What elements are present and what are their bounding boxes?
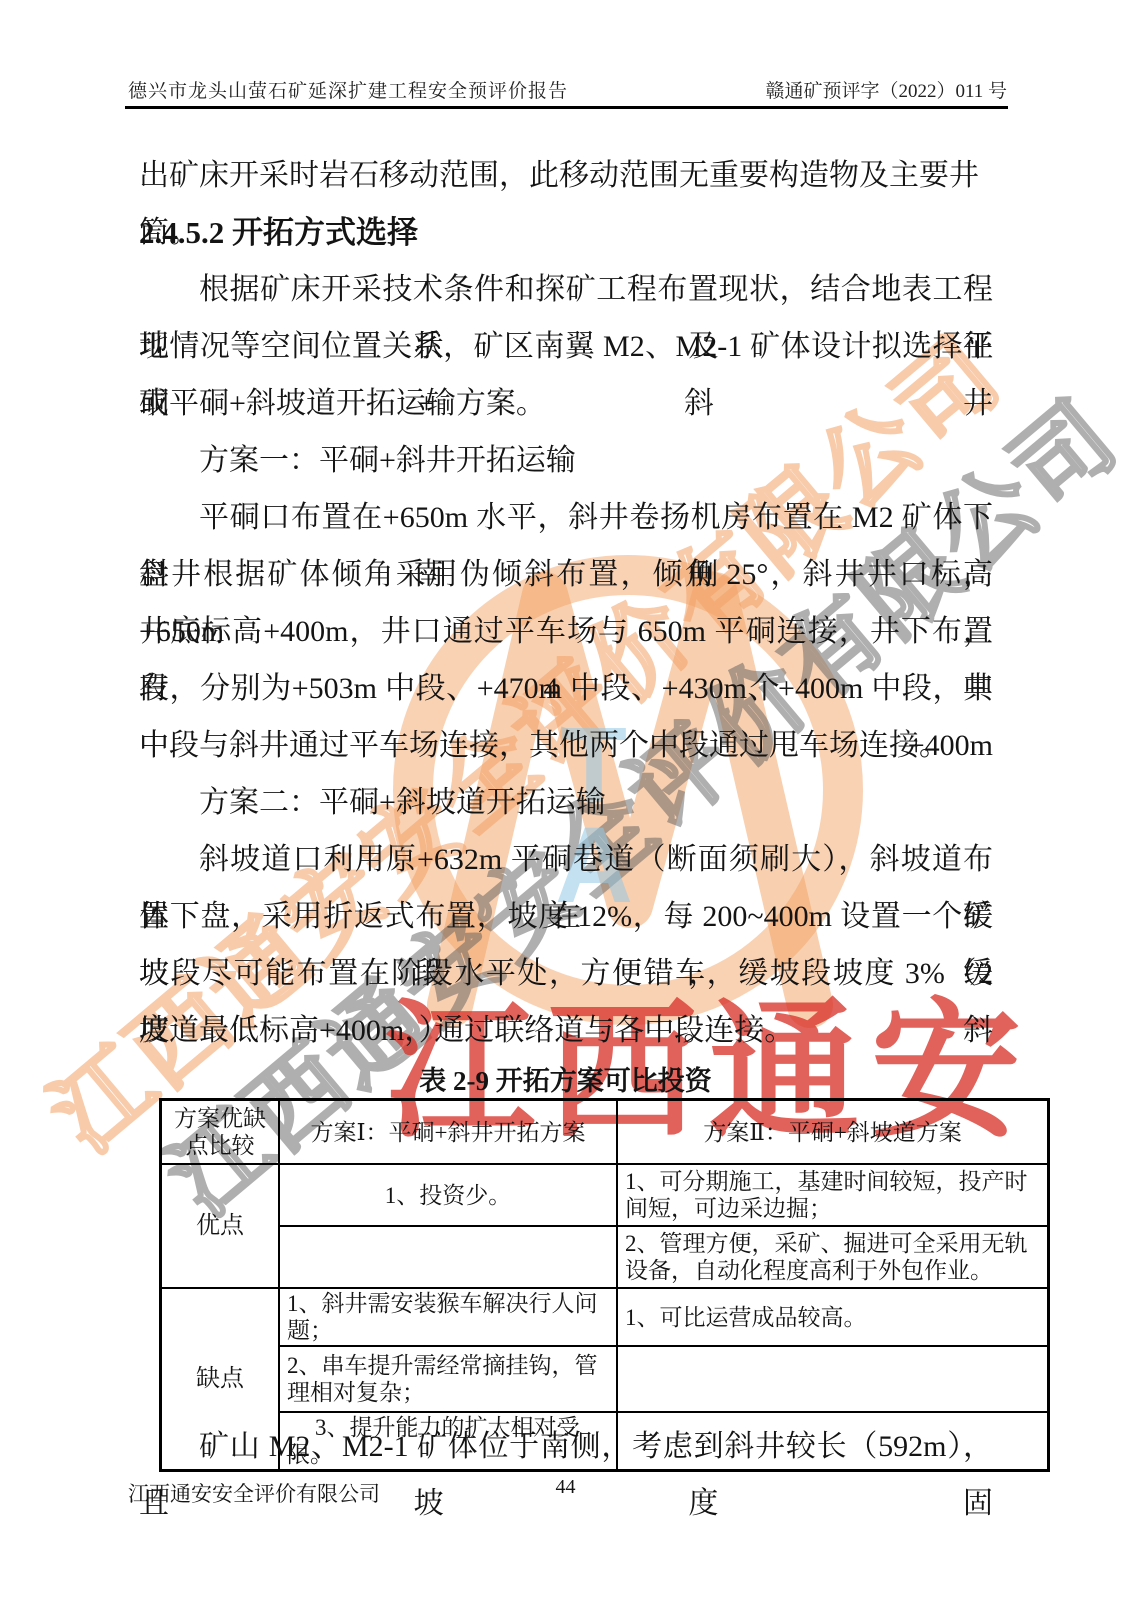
- table-cell: [617, 1346, 1049, 1412]
- paragraph-line: 体下盘，采用折返式布置，坡度 12%，每 200~400m 设置一个缓坡段，缓: [139, 888, 993, 945]
- table-row: 2、管理方便，采矿、掘进可全采用无轨设备，自动化程度高利于外包作业。: [161, 1226, 1049, 1288]
- table-cell: [279, 1226, 617, 1288]
- table-cell: 1、可分期施工，基建时间较短，投产时间短，可边采边掘；: [617, 1164, 1049, 1226]
- table-cell: 1、斜井需安装猴车解决行人问题；: [279, 1288, 617, 1346]
- document-number-header: 赣通矿预评字（2022）011 号: [765, 76, 1007, 103]
- table-row: 优点 1、投资少。 1、可分期施工，基建时间较短，投产时间短，可边采边掘；: [161, 1164, 1049, 1226]
- paragraph-line: 平硐口布置在+650m 水平，斜井卷扬机房布置在 M2 矿体下盘南侧，: [139, 489, 993, 546]
- paragraph-line: 坡段尽可能布置在阶段水平处，方便错车，缓坡段坡度 3%（2 度）。斜: [139, 945, 993, 1002]
- paragraph-line: 斜井根据矿体倾角采用伪倾斜布置，倾角 25°，斜井井口标高+650m，: [139, 546, 993, 603]
- plan1-header-cell: 方案Ⅰ：平硐+斜井开拓方案: [279, 1100, 617, 1165]
- table-cell: 2、串车提升需经常摘挂钩，管理相对复杂；: [279, 1346, 617, 1412]
- paragraph-line: 井底标高+400m，井口通过平车场与 650m 平硐连接，井下布置有 4 个中: [139, 603, 993, 660]
- corner-header-cell: 方案优缺点比较: [161, 1100, 280, 1165]
- table-cell: 1、可比运营成品较高。: [617, 1288, 1049, 1346]
- paragraph-line: 中段与斜井通过平车场连接，其他两个中段通过甩车场连接。: [139, 717, 993, 774]
- document-page: 江西通安安全评价有限公司 江西通安安全评价有限公司 TA 江西通安 德兴市龙头山…: [0, 0, 1131, 1600]
- table-row: 缺点 1、斜井需安装猴车解决行人问题； 1、可比运营成品较高。: [161, 1288, 1049, 1346]
- paragraph-line: 出矿床开采时岩石移动范围，此移动范围无重要构造物及主要井筒。: [139, 147, 993, 204]
- plan2-header-cell: 方案Ⅱ：平硐+斜坡道方案: [617, 1100, 1049, 1165]
- paragraph-line: 地情况等空间位置关系，矿区南翼 M2、M2-1 矿体设计拟选择平硐+斜井: [139, 318, 993, 375]
- paragraph-line: 斜坡道口利用原+632m 平硐巷道（断面须刷大），斜坡道布置在矿: [139, 831, 993, 888]
- paragraph-line: 段，分别为+503m 中段、+470m 中段、+430m、+400m 中段，其中…: [139, 660, 993, 717]
- section-heading: 2.4.5.2 开拓方式选择: [139, 204, 993, 261]
- table-cell: 1、投资少。: [279, 1164, 617, 1226]
- page-number: 44: [0, 1476, 1131, 1499]
- paragraph-line: 根据矿床开采技术条件和探矿工程布置现状，结合地表工程现状及征: [139, 261, 993, 318]
- report-title-header: 德兴市龙头山萤石矿延深扩建工程安全预评价报告: [128, 76, 568, 103]
- header-rule: [125, 106, 1008, 109]
- table-row: 2、串车提升需经常摘挂钩，管理相对复杂；: [161, 1346, 1049, 1412]
- plan1-title-line: 方案一：平硐+斜井开拓运输: [139, 432, 993, 489]
- comparison-table: 方案优缺点比较 方案Ⅰ：平硐+斜井开拓方案 方案Ⅱ：平硐+斜坡道方案 优点 1、…: [159, 1098, 1050, 1472]
- paragraph-line: 矿山 M2、M2-1 矿体位于南侧，考虑到斜井较长（592m），且坡度固: [139, 1418, 993, 1475]
- table-header-row: 方案优缺点比较 方案Ⅰ：平硐+斜井开拓方案 方案Ⅱ：平硐+斜坡道方案: [161, 1100, 1049, 1165]
- body-text: 出矿床开采时岩石移动范围，此移动范围无重要构造物及主要井筒。 2.4.5.2 开…: [139, 147, 993, 1059]
- table-caption: 表 2-9 开拓方案可比投资: [0, 1059, 1131, 1098]
- plan2-title-line: 方案二：平硐+斜坡道开拓运输: [139, 774, 993, 831]
- table-cell: 2、管理方便，采矿、掘进可全采用无轨设备，自动化程度高利于外包作业。: [617, 1226, 1049, 1288]
- advantages-label-cell: 优点: [161, 1164, 280, 1288]
